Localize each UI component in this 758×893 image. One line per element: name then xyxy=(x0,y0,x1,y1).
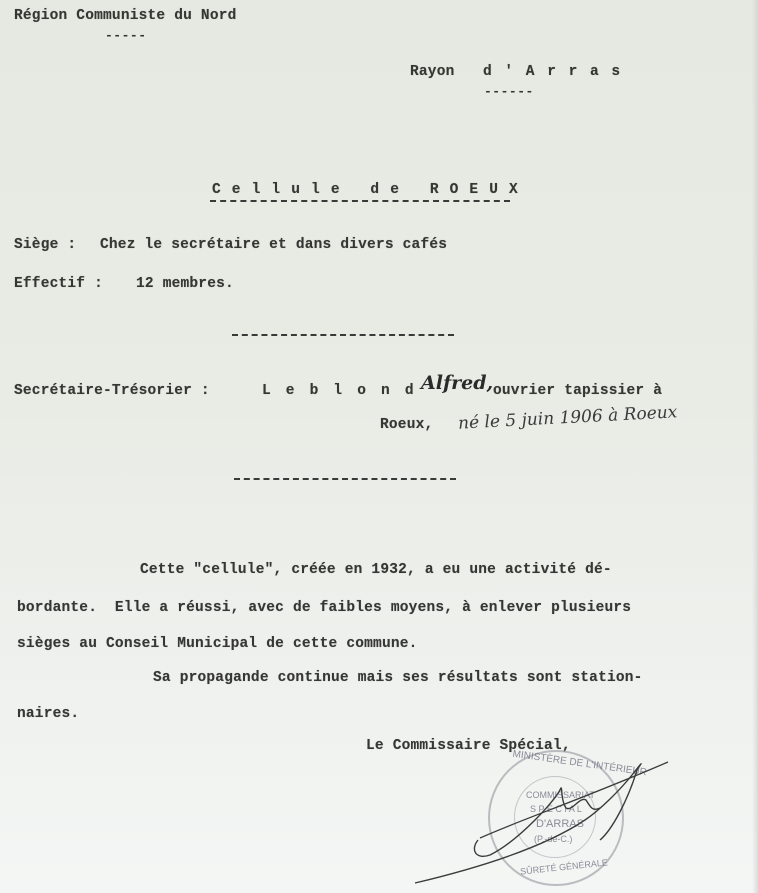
document-page: Région Communiste du Nord ----- Rayon d … xyxy=(0,0,758,893)
handwritten-signature xyxy=(0,0,758,893)
